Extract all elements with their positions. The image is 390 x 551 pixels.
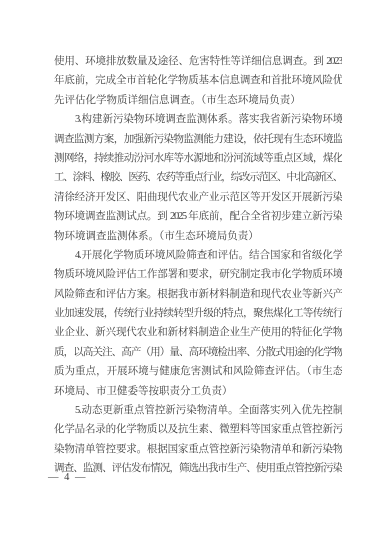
text-line: 业企业、新兴现代农业和新材料制造企业生产使用的特征化学物 (54, 323, 342, 342)
document-page: 使用、环境排放数量及途径、危害特性等详细信息调查。到 2023 年底前，完成全市… (0, 0, 390, 551)
text-line: 质为重点，开展环境与健康危害测试和风险筛查评估。（市生态 (54, 362, 342, 381)
text-line: 业加速发展，传统行业持续转型升级的特点，聚焦煤化工等传统行 (54, 304, 342, 323)
text-line: 清徐经济开发区、阳曲现代农业产业示范区等开发区开展新污染 (54, 188, 342, 207)
text-line: 风险筛查和评估方案。根据我市新材料制造和现代农业等新兴产 (54, 285, 342, 304)
text-line: 工、涂料、橡胶、医药、农药等重点行业，综改示范区、中北高新区、 (54, 168, 342, 187)
text-line: 环境局、市卫健委等按职责分工负责） (54, 382, 342, 401)
document-body: 使用、环境排放数量及途径、危害特性等详细信息调查。到 2023 年底前，完成全市… (54, 52, 342, 479)
text-line: 4.开展化学物质环境风险筛查和评估。结合国家和省级化学 (54, 246, 342, 265)
text-line: 化学品名录的化学物质以及抗生素、微塑料等国家重点管控新污 (54, 420, 342, 439)
text-line: 染物清单管控要求。根据国家重点管控新污染物清单和新污染物 (54, 440, 342, 459)
text-line: 年底前，完成全市首轮化学物质基本信息调查和首批环境风险优 (54, 71, 342, 90)
text-line: 先评估化学物质详细信息调查。（市生态环境局负责） (54, 91, 342, 110)
page-number: — 4 — (48, 472, 87, 483)
text-line: 3.构建新污染物环境调查监测体系。落实我省新污染物环境 (54, 110, 342, 129)
text-line: 物环境调查监测体系。（市生态环境局负责） (54, 227, 342, 246)
text-line: 测网络，持续推动汾河水库等水源地和汾河流域等重点区域，煤化 (54, 149, 342, 168)
text-line: 5.动态更新重点管控新污染物清单。全面落实列入优先控制 (54, 401, 342, 420)
text-line: 质，以高关注、高产（用）量、高环境检出率、分散式用途的化学物 (54, 343, 342, 362)
text-line: 使用、环境排放数量及途径、危害特性等详细信息调查。到 2023 (54, 52, 342, 71)
text-line: 物环境调查监测试点。到 2025 年底前，配合全省初步建立新污染 (54, 207, 342, 226)
text-line: 调查、监测、评估发布情况，筛选出我市生产、使用重点管控新污染 (54, 459, 342, 478)
text-line: 调查监测方案，加强新污染物监测能力建设，依托现有生态环境监 (54, 130, 342, 149)
text-line: 物质环境风险评估工作部署和要求，研究制定我市化学物质环境 (54, 265, 342, 284)
